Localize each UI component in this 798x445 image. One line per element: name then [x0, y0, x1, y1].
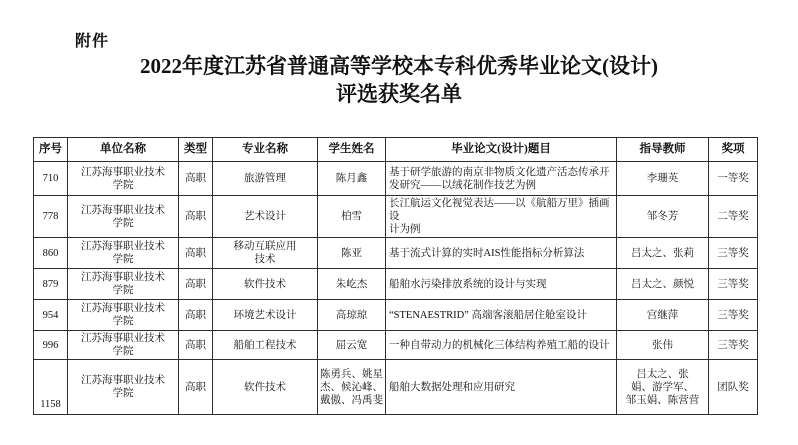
cell-r4-c4: 高琼琼: [318, 300, 386, 331]
cell-r5-c5: 一种自带动力的机械化三体结构养殖工船的设计: [386, 331, 617, 360]
cell-r0-c7: 一等奖: [709, 162, 758, 196]
cell-r1-c7: 二等奖: [709, 196, 758, 238]
cell-r0-c1: 江苏海事职业技术 学院: [68, 162, 179, 196]
cell-r6-c3: 软件技术: [213, 360, 318, 415]
cell-r0-c2: 高职: [179, 162, 213, 196]
cell-r3-c0: 879: [34, 269, 68, 300]
cell-r6-c2: 高职: [179, 360, 213, 415]
cell-r4-c5: “STENAESTRID” 高端客滚船居住舱室设计: [386, 300, 617, 331]
cell-r1-c2: 高职: [179, 196, 213, 238]
cell-r2-c3: 移动互联应用 技术: [213, 238, 318, 269]
cell-r1-c6: 邹冬芳: [617, 196, 709, 238]
column-header-2: 类型: [179, 138, 213, 162]
column-header-3: 专业名称: [213, 138, 318, 162]
cell-r4-c1: 江苏海事职业技术 学院: [68, 300, 179, 331]
cell-r5-c4: 屈云宽: [318, 331, 386, 360]
document-title-line1: 2022年度江苏省普通高等学校本专科优秀毕业论文(设计): [0, 52, 798, 80]
column-header-6: 指导教师: [617, 138, 709, 162]
column-header-7: 奖项: [709, 138, 758, 162]
cell-r2-c2: 高职: [179, 238, 213, 269]
cell-r0-c0: 710: [34, 162, 68, 196]
table-row: 778江苏海事职业技术 学院高职艺术设计柏雪长江航运文化视觉表达——以《航船万里…: [34, 196, 758, 238]
cell-r0-c3: 旅游管理: [213, 162, 318, 196]
cell-r3-c6: 吕太之、颜悦: [617, 269, 709, 300]
cell-r1-c5: 长江航运文化视觉表达——以《航船万里》插画 设 计为例: [386, 196, 617, 238]
cell-r3-c3: 软件技术: [213, 269, 318, 300]
cell-r5-c2: 高职: [179, 331, 213, 360]
cell-r3-c1: 江苏海事职业技术 学院: [68, 269, 179, 300]
attachment-label: 附件: [75, 28, 109, 51]
document-title: 2022年度江苏省普通高等学校本专科优秀毕业论文(设计) 评选获奖名单: [0, 52, 798, 108]
cell-r5-c7: 三等奖: [709, 331, 758, 360]
cell-r4-c6: 宫继萍: [617, 300, 709, 331]
cell-r0-c4: 陈月鑫: [318, 162, 386, 196]
cell-r3-c7: 三等奖: [709, 269, 758, 300]
award-list-table: 序号单位名称类型专业名称学生姓名毕业论文(设计)题目指导教师奖项 710江苏海事…: [33, 137, 758, 415]
table-row: 996江苏海事职业技术 学院高职船舶工程技术屈云宽一种自带动力的机械化三体结构养…: [34, 331, 758, 360]
cell-r4-c2: 高职: [179, 300, 213, 331]
cell-r3-c4: 朱屹杰: [318, 269, 386, 300]
cell-r6-c5: 船舶大数据处理和应用研究: [386, 360, 617, 415]
cell-r0-c5: 基于研学旅游的南京非物质文化遗产活态传承开 发研究——以绒花制作技艺为例: [386, 162, 617, 196]
table-body: 710江苏海事职业技术 学院高职旅游管理陈月鑫基于研学旅游的南京非物质文化遗产活…: [34, 162, 758, 415]
table-row: 860江苏海事职业技术 学院高职移动互联应用 技术陈亚基于流式计算的实时AIS性…: [34, 238, 758, 269]
cell-r2-c1: 江苏海事职业技术 学院: [68, 238, 179, 269]
cell-r6-c0: 1158: [34, 360, 68, 415]
cell-r2-c0: 860: [34, 238, 68, 269]
cell-r1-c1: 江苏海事职业技术 学院: [68, 196, 179, 238]
cell-r5-c3: 船舶工程技术: [213, 331, 318, 360]
cell-r5-c0: 996: [34, 331, 68, 360]
column-header-4: 学生姓名: [318, 138, 386, 162]
cell-r6-c1: 江苏海事职业技术 学院: [68, 360, 179, 415]
cell-r2-c6: 吕太之、张莉: [617, 238, 709, 269]
cell-r6-c6: 吕太之、张 娟、游学军、 邹玉娟、陈营营: [617, 360, 709, 415]
cell-r2-c7: 三等奖: [709, 238, 758, 269]
table-row: 879江苏海事职业技术 学院高职软件技术朱屹杰船舶水污染排放系统的设计与实现吕太…: [34, 269, 758, 300]
document-title-line2: 评选获奖名单: [0, 80, 798, 108]
table-row: 1158江苏海事职业技术 学院高职软件技术陈勇兵、姚星 杰、候沁峰、 戴傲、冯禹…: [34, 360, 758, 415]
document-page: 附件 2022年度江苏省普通高等学校本专科优秀毕业论文(设计) 评选获奖名单 序…: [0, 0, 798, 445]
cell-r0-c6: 李珊英: [617, 162, 709, 196]
cell-r6-c4: 陈勇兵、姚星 杰、候沁峰、 戴傲、冯禹斐: [318, 360, 386, 415]
cell-r3-c2: 高职: [179, 269, 213, 300]
cell-r4-c7: 三等奖: [709, 300, 758, 331]
table-row: 710江苏海事职业技术 学院高职旅游管理陈月鑫基于研学旅游的南京非物质文化遗产活…: [34, 162, 758, 196]
cell-r5-c1: 江苏海事职业技术 学院: [68, 331, 179, 360]
table-row: 954江苏海事职业技术 学院高职环境艺术设计高琼琼“STENAESTRID” 高…: [34, 300, 758, 331]
cell-r1-c0: 778: [34, 196, 68, 238]
cell-r4-c0: 954: [34, 300, 68, 331]
cell-r6-c7: 团队奖: [709, 360, 758, 415]
cell-r3-c5: 船舶水污染排放系统的设计与实现: [386, 269, 617, 300]
cell-r2-c5: 基于流式计算的实时AIS性能指标分析算法: [386, 238, 617, 269]
column-header-5: 毕业论文(设计)题目: [386, 138, 617, 162]
cell-r1-c4: 柏雪: [318, 196, 386, 238]
cell-r4-c3: 环境艺术设计: [213, 300, 318, 331]
cell-r5-c6: 张伟: [617, 331, 709, 360]
cell-r1-c3: 艺术设计: [213, 196, 318, 238]
column-header-1: 单位名称: [68, 138, 179, 162]
column-header-0: 序号: [34, 138, 68, 162]
header-row: 序号单位名称类型专业名称学生姓名毕业论文(设计)题目指导教师奖项: [34, 138, 758, 162]
cell-r2-c4: 陈亚: [318, 238, 386, 269]
